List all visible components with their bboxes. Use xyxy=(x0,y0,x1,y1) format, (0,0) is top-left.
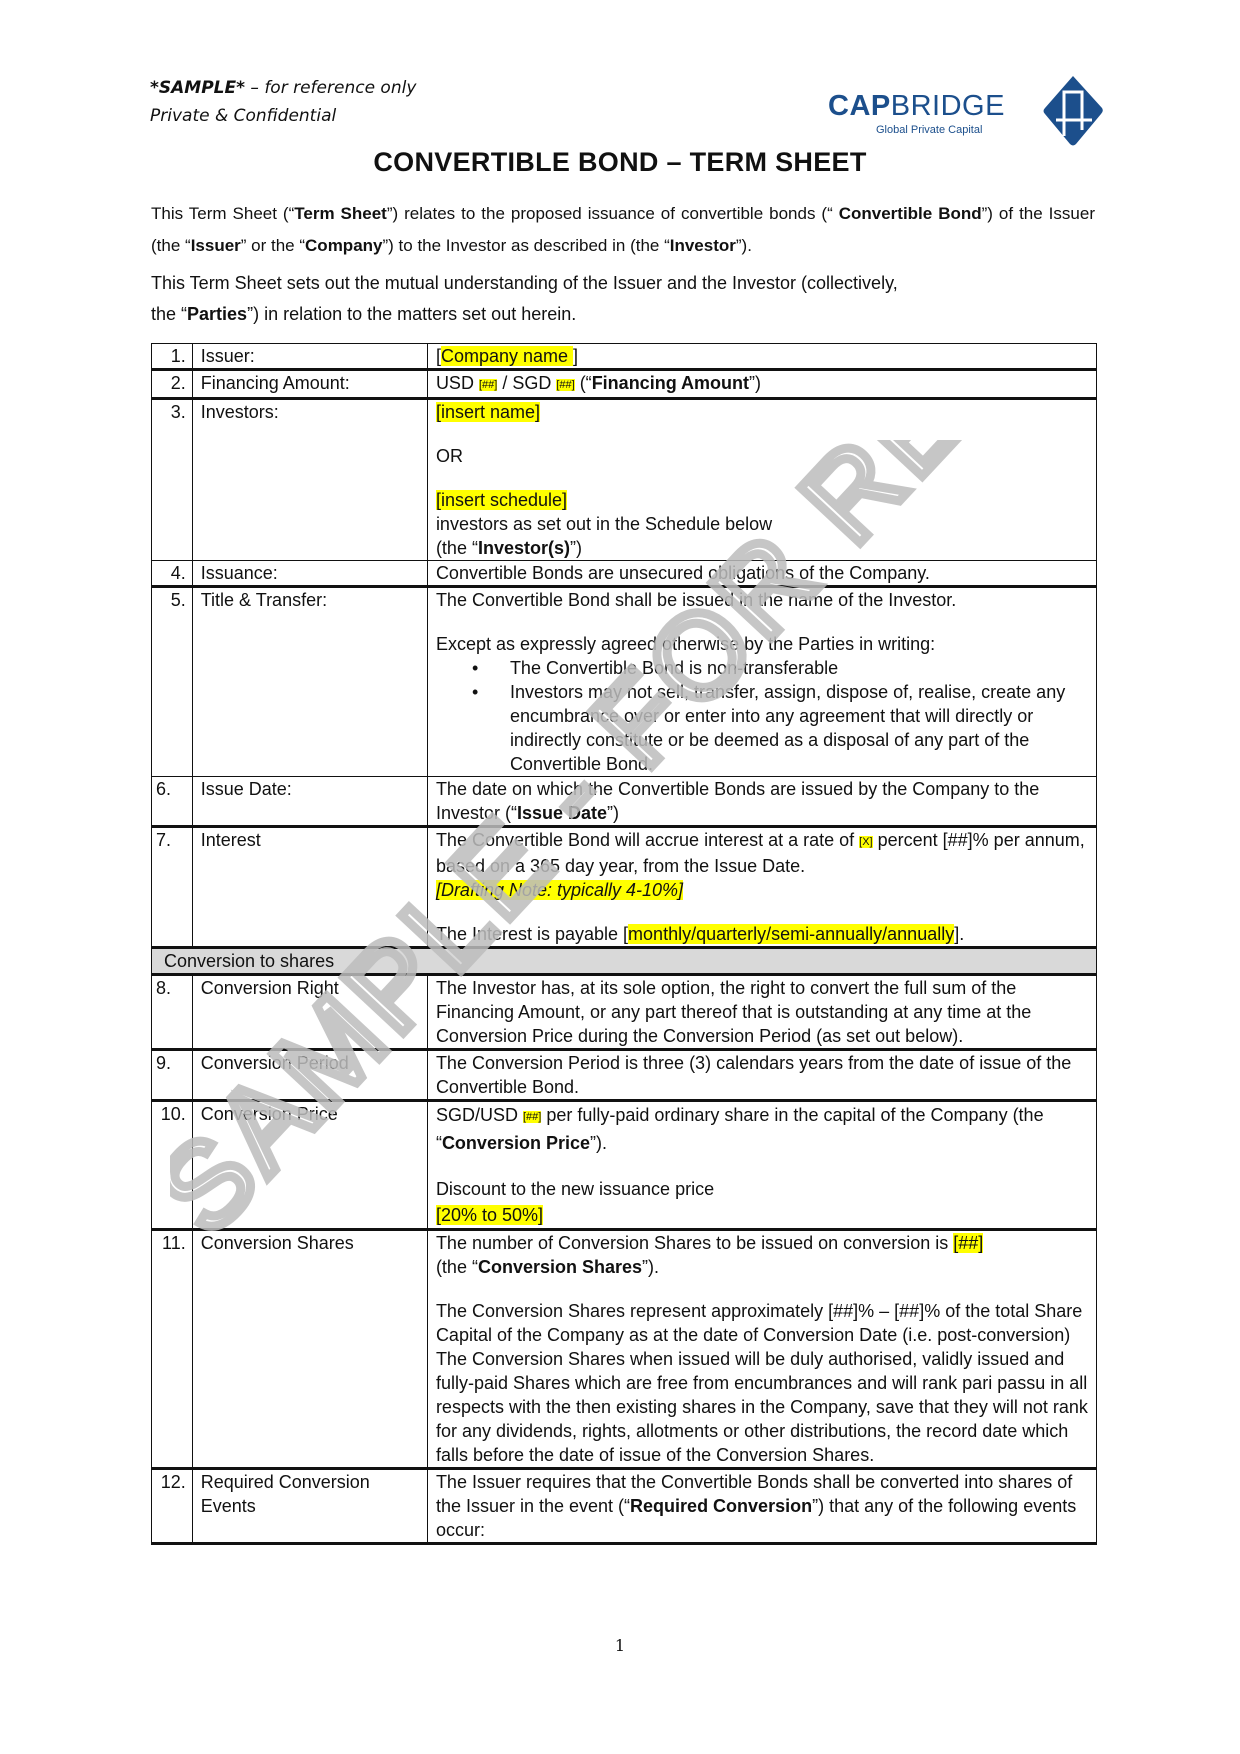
placeholder-highlight: [##] xyxy=(479,379,497,391)
placeholder-highlight: monthly/quarterly/semi-annually/annually xyxy=(628,924,954,944)
sample-label: *SAMPLE* xyxy=(150,78,245,98)
section-title: Conversion to shares xyxy=(152,948,1097,975)
table-row: 1. Issuer: [Company name ] xyxy=(152,344,1097,370)
page-number: 1 xyxy=(0,1636,1240,1655)
placeholder-highlight: Company name xyxy=(441,346,573,366)
logo-wordmark: CAPBRIDGE xyxy=(828,90,1005,123)
confidential-label: Private & Confidential xyxy=(150,102,416,130)
table-row: 10. Conversion Price SGD/USD [##] per fu… xyxy=(152,1101,1097,1230)
sample-notice: *SAMPLE* – for reference only Private & … xyxy=(150,74,416,130)
placeholder-highlight: [X] xyxy=(859,836,872,848)
sample-note: – for reference only xyxy=(245,78,416,98)
table-row: 2. Financing Amount: USD [##] / SGD [##]… xyxy=(152,370,1097,399)
table-row: 8. Conversion Right The Investor has, at… xyxy=(152,975,1097,1050)
table-row: 7. Interest The Convertible Bond will ac… xyxy=(152,827,1097,948)
table-row: 6. Issue Date: The date on which the Con… xyxy=(152,777,1097,827)
table-row: 9. Conversion Period The Conversion Peri… xyxy=(152,1050,1097,1101)
placeholder-highlight: [##] xyxy=(523,1111,541,1123)
table-row: 3. Investors: [insert name] OR [insert s… xyxy=(152,399,1097,561)
intro-paragraph-2: This Term Sheet sets out the mutual unde… xyxy=(151,268,1095,330)
document-title: CONVERTIBLE BOND – TERM SHEET xyxy=(0,147,1240,178)
placeholder-highlight: [insert name] xyxy=(436,402,540,422)
table-row: 4. Issuance: Convertible Bonds are unsec… xyxy=(152,561,1097,587)
capbridge-logo: CAPBRIDGE Global Private Capital xyxy=(828,72,1100,152)
section-header-row: Conversion to shares xyxy=(152,948,1097,975)
table-row: 5. Title & Transfer: The Convertible Bon… xyxy=(152,587,1097,777)
placeholder-highlight: [insert schedule] xyxy=(436,490,567,510)
term-sheet-table: 1. Issuer: [Company name ] 2. Financing … xyxy=(151,343,1097,1545)
placeholder-highlight: [##] xyxy=(953,1233,983,1253)
logo-tagline: Global Private Capital xyxy=(876,124,982,136)
placeholder-highlight: [20% to 50%] xyxy=(436,1205,543,1225)
transfer-restrictions-list: The Convertible Bond is non-transferable… xyxy=(436,656,1088,776)
list-item: Investors may not sell, transfer, assign… xyxy=(510,680,1088,776)
table-row: 12. Required ConversionEvents The Issuer… xyxy=(152,1469,1097,1544)
drafting-note: [Drafting Note: typically 4-10%] xyxy=(436,880,683,900)
placeholder-highlight: [##] xyxy=(556,379,574,391)
capbridge-diamond-icon xyxy=(1042,74,1104,148)
list-item: The Convertible Bond is non-transferable xyxy=(510,656,1088,680)
table-row: 11. Conversion Shares The number of Conv… xyxy=(152,1230,1097,1469)
intro-paragraph-1: This Term Sheet (“Term Sheet”) relates t… xyxy=(151,198,1095,262)
